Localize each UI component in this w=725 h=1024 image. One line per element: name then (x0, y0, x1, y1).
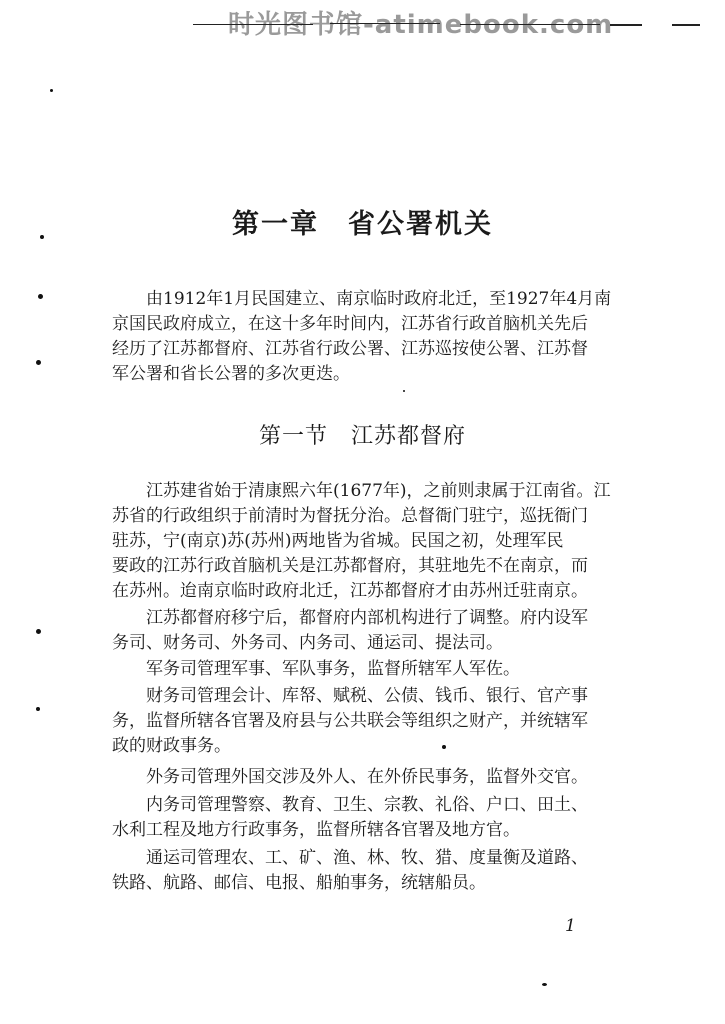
text-line: 在苏州。迨南京临时政府北迁，江苏都督府才由苏州迁驻南京。 (112, 579, 648, 604)
text-line: 军公署和省长公署的多次更迭。 (112, 362, 648, 387)
text-line: 政的财政事务。 (112, 734, 648, 759)
intro-paragraph: 由1912年1月民国建立、南京临时政府北迁，至1927年4月南 京国民政府成立，… (112, 287, 648, 387)
text-line: 务司、财务司、外务司、内务司、通运司、提法司。 (112, 631, 648, 656)
scan-speck (542, 983, 547, 986)
scan-speck (36, 629, 41, 634)
scan-speck (36, 360, 41, 365)
scan-speck (40, 235, 44, 239)
text-line: 铁路、航路、邮信、电报、船舶事务，统辖船员。 (112, 871, 648, 896)
section-title: 第一节 江苏都督府 (0, 419, 725, 450)
scan-line-artifact (193, 24, 313, 25)
scan-speck (442, 745, 446, 749)
scan-speck (50, 89, 53, 92)
scan-speck (403, 390, 405, 392)
text-line: 财务司管理会计、库帑、赋税、公债、钱币、银行、官产事 (112, 684, 648, 709)
text-line: 内务司管理警察、教育、卫生、宗教、礼俗、户口、田土、 (112, 793, 648, 818)
text-line: 外务司管理外国交涉及外人、在外侨民事务，监督外交官。 (112, 765, 648, 790)
body-paragraph: 江苏都督府移宁后，都督府内部机构进行了调整。府内设军 务司、财务司、外务司、内务… (112, 606, 648, 656)
scan-line-artifact (330, 23, 440, 24)
text-line: 由1912年1月民国建立、南京临时政府北迁，至1927年4月南 (112, 287, 648, 312)
text-line: 苏省的行政组织于前清时为督抚分治。总督衙门驻宁，巡抚衙门 (112, 504, 648, 529)
text-line: 江苏建省始于清康熙六年(1677年)，之前则隶属于江南省。江 (112, 479, 648, 504)
page-number: 1 (565, 916, 576, 936)
body-paragraph: 内务司管理警察、教育、卫生、宗教、礼俗、户口、田土、 水利工程及地方行政事务，监… (112, 793, 648, 843)
scan-line-artifact (672, 24, 700, 26)
scan-line-artifact (610, 24, 642, 26)
text-line: 水利工程及地方行政事务，监督所辖各官署及地方官。 (112, 818, 648, 843)
body-paragraph: 通运司管理农、工、矿、渔、林、牧、猎、度量衡及道路、 铁路、航路、邮信、电报、船… (112, 846, 648, 896)
scan-speck (36, 707, 40, 711)
body-paragraph: 江苏建省始于清康熙六年(1677年)，之前则隶属于江南省。江 苏省的行政组织于前… (112, 479, 648, 604)
text-line: 京国民政府成立，在这十多年时间内，江苏省行政首脑机关先后 (112, 312, 648, 337)
text-line: 务，监督所辖各官署及府县与公共联会等组织之财产，并统辖军 (112, 709, 648, 734)
text-line: 驻苏，宁(南京)苏(苏州)两地皆为省城。民国之初，处理军民 (112, 529, 648, 554)
text-line: 经历了江苏都督府、江苏省行政公署、江苏巡按使公署、江苏督 (112, 337, 648, 362)
body-paragraph: 外务司管理外国交涉及外人、在外侨民事务，监督外交官。 (112, 765, 648, 790)
scan-speck (38, 294, 43, 299)
text-line: 军务司管理军事、军队事务，监督所辖军人军佐。 (112, 657, 648, 682)
text-line: 要政的江苏行政首脑机关是江苏都督府，其驻地先不在南京，而 (112, 554, 648, 579)
text-line: 通运司管理农、工、矿、渔、林、牧、猎、度量衡及道路、 (112, 846, 648, 871)
chapter-title: 第一章 省公署机关 (0, 202, 725, 241)
text-line: 江苏都督府移宁后，都督府内部机构进行了调整。府内设军 (112, 606, 648, 631)
scan-line-artifact (460, 24, 600, 25)
body-paragraph: 军务司管理军事、军队事务，监督所辖军人军佐。 (112, 657, 648, 682)
body-paragraph: 财务司管理会计、库帑、赋税、公债、钱币、银行、官产事 务，监督所辖各官署及府县与… (112, 684, 648, 759)
